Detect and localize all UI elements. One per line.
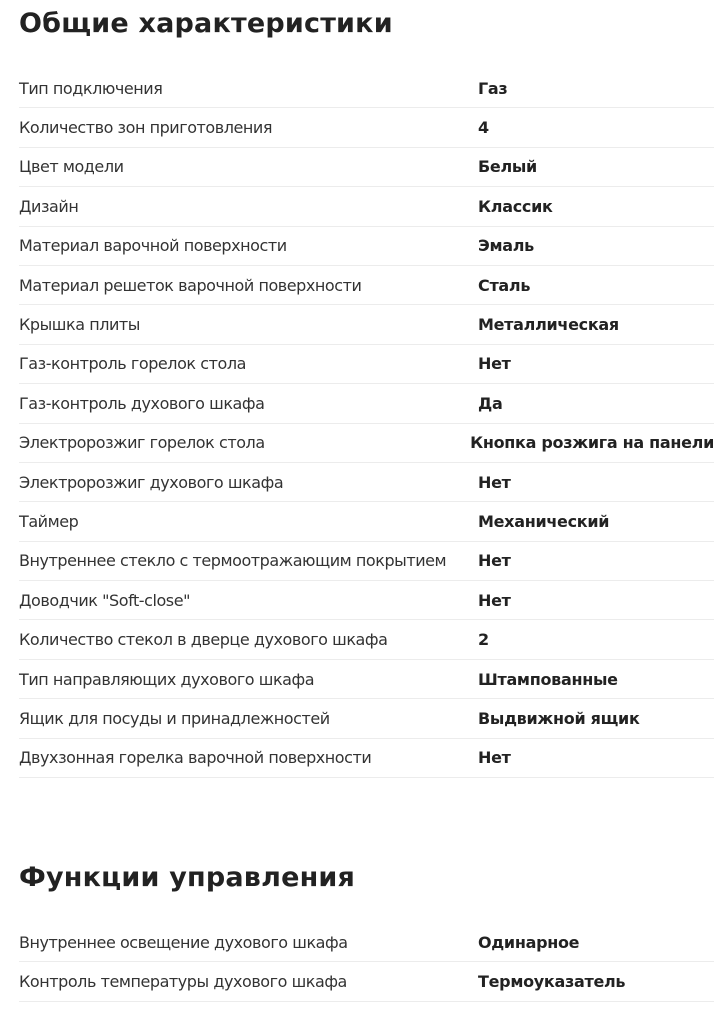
spec-value: Да <box>478 394 502 413</box>
spec-label: Электророзжиг горелок стола <box>19 433 470 452</box>
section-title: Общие характеристики <box>19 7 714 41</box>
section-controls: Функции управления Внутреннее освещение … <box>19 861 714 895</box>
spec-value: 2 <box>478 630 489 649</box>
spec-row: Количество стекол в дверце духового шкаф… <box>19 620 714 659</box>
spec-label: Доводчик "Soft-close" <box>19 591 478 610</box>
section-general: Общие характеристики Тип подключенияГазК… <box>19 7 714 41</box>
spec-value: Нет <box>478 591 511 610</box>
spec-value: Одинарное <box>478 933 579 952</box>
spec-value: Штампованные <box>478 670 618 689</box>
spec-value: Выдвижной ящик <box>478 709 640 728</box>
spec-label: Цвет модели <box>19 157 478 176</box>
spec-value: Белый <box>478 157 537 176</box>
spec-value: Эмаль <box>478 236 534 255</box>
spec-value: Металлическая <box>478 315 619 334</box>
spec-label: Тип подключения <box>19 79 478 98</box>
spec-value: Газ <box>478 79 507 98</box>
spec-label: Таймер <box>19 512 478 531</box>
spec-label: Материал решеток варочной поверхности <box>19 276 478 295</box>
spec-label: Электророзжиг духового шкафа <box>19 473 478 492</box>
spec-row: Электророзжиг горелок столаКнопка розжиг… <box>19 424 714 463</box>
spec-value: Механический <box>478 512 609 531</box>
spec-label: Двухзонная горелка варочной поверхности <box>19 748 478 767</box>
spec-row: Тип направляющих духового шкафаШтампован… <box>19 660 714 699</box>
spec-row: Материал решеток варочной поверхностиСта… <box>19 266 714 305</box>
spec-row: ТаймерМеханический <box>19 502 714 541</box>
spec-value: Нет <box>478 748 511 767</box>
spec-row: Ящик для посуды и принадлежностейВыдвижн… <box>19 699 714 738</box>
spec-list: Внутреннее освещение духового шкафаОдина… <box>19 923 714 1002</box>
spec-row: Крышка плитыМеталлическая <box>19 305 714 344</box>
spec-label: Ящик для посуды и принадлежностей <box>19 709 478 728</box>
section-title: Функции управления <box>19 861 714 895</box>
spec-label: Крышка плиты <box>19 315 478 334</box>
spec-row: Газ-контроль духового шкафаДа <box>19 384 714 423</box>
spec-list: Тип подключенияГазКоличество зон пригото… <box>19 69 714 778</box>
spec-label: Количество стекол в дверце духового шкаф… <box>19 630 478 649</box>
spec-row: Доводчик "Soft-close"Нет <box>19 581 714 620</box>
spec-value: Нет <box>478 473 511 492</box>
spec-value: 4 <box>478 118 489 137</box>
spec-label: Тип направляющих духового шкафа <box>19 670 478 689</box>
spec-row: Цвет моделиБелый <box>19 148 714 187</box>
spec-label: Газ-контроль духового шкафа <box>19 394 478 413</box>
spec-value: Термоуказатель <box>478 972 625 991</box>
spec-value: Кнопка розжига на панели <box>470 433 714 452</box>
spec-label: Количество зон приготовления <box>19 118 478 137</box>
spec-row: Внутреннее освещение духового шкафаОдина… <box>19 923 714 962</box>
spec-row: Двухзонная горелка варочной поверхностиН… <box>19 739 714 778</box>
spec-label: Дизайн <box>19 197 478 216</box>
spec-row: Внутреннее стекло с термоотражающим покр… <box>19 542 714 581</box>
spec-label: Внутреннее стекло с термоотражающим покр… <box>19 551 478 570</box>
spec-row: Контроль температуры духового шкафаТермо… <box>19 962 714 1001</box>
spec-value: Нет <box>478 551 511 570</box>
spec-label: Контроль температуры духового шкафа <box>19 972 478 991</box>
spec-row: Газ-контроль горелок столаНет <box>19 345 714 384</box>
spec-row: Тип подключенияГаз <box>19 69 714 108</box>
spec-row: Количество зон приготовления4 <box>19 108 714 147</box>
spec-value: Классик <box>478 197 553 216</box>
spec-value: Нет <box>478 354 511 373</box>
spec-label: Внутреннее освещение духового шкафа <box>19 933 478 952</box>
spec-row: Материал варочной поверхностиЭмаль <box>19 227 714 266</box>
spec-row: Электророзжиг духового шкафаНет <box>19 463 714 502</box>
spec-label: Газ-контроль горелок стола <box>19 354 478 373</box>
spec-label: Материал варочной поверхности <box>19 236 478 255</box>
spec-row: ДизайнКлассик <box>19 187 714 226</box>
spec-value: Сталь <box>478 276 530 295</box>
